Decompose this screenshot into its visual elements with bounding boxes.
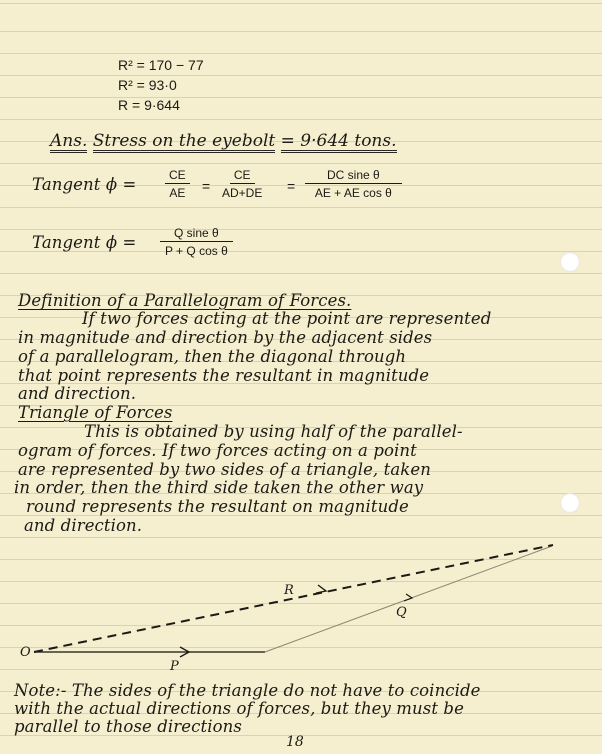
- note-line: parallel to those directions: [14, 718, 242, 736]
- notebook-page: R² = 170 − 77 R² = 93·0 R = 9·644 Ans. S…: [0, 0, 602, 754]
- label-r: R: [284, 582, 294, 600]
- label-origin: O: [20, 644, 31, 662]
- note-line: Note:- The sides of the triangle do not …: [14, 682, 481, 700]
- label-q: Q: [396, 604, 407, 622]
- label-p: P: [170, 658, 179, 676]
- note-line: with the actual directions of forces, bu…: [14, 700, 464, 718]
- triangle-of-forces-diagram: [0, 0, 602, 754]
- page-number: 18: [286, 734, 304, 750]
